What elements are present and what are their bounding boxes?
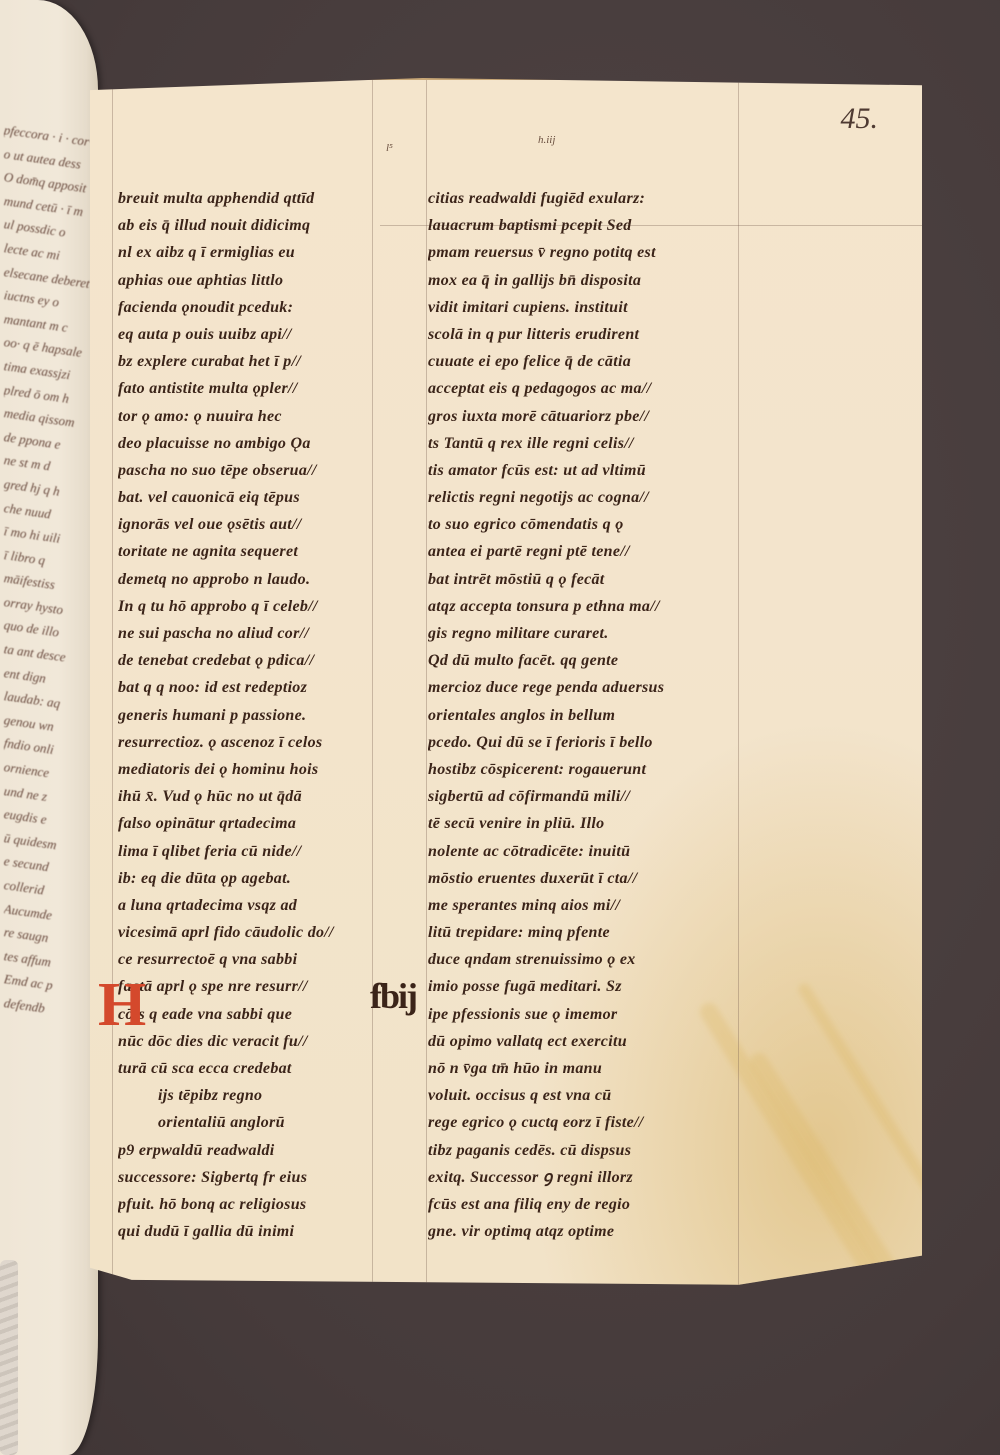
text-line: toritate ne agnita sequeret	[118, 538, 418, 565]
text-line: Qd dū multo facēt. qq gente	[428, 647, 768, 674]
text-line: scolā in q pur litteris erudirent	[428, 321, 768, 348]
text-column-right: citias readwaldi fugiēd exularz:lauacrum…	[428, 185, 768, 1245]
text-line: tor ǫ amo: ǫ nuuira hec	[118, 403, 418, 430]
text-line: dū opimo vallatq ect exercitu	[428, 1028, 768, 1055]
running-mark: h.iij	[538, 134, 555, 146]
text-line: aphias oue aphtias littlo	[118, 267, 418, 294]
text-line: bat. vel cauonicā eiq tēpus	[118, 484, 418, 511]
text-line: mox ea q̄ in gallijs bn̄ disposita	[428, 267, 768, 294]
text-line: facienda ǫnoudit pceduk:	[118, 294, 418, 321]
text-line: breuit multa apphendid qttīd	[118, 185, 418, 212]
text-line: nl ex aibz q ī ermiglias eu	[118, 239, 418, 266]
text-line: qui dudū ī gallia dū inimi	[118, 1218, 418, 1245]
text-column-left: breuit multa apphendid qttīdab eis q̄ il…	[118, 185, 418, 1245]
text-line: p9 erpwaldū readwaldi	[118, 1137, 418, 1164]
text-line: fcūs est ana filiq eny de regio	[428, 1191, 768, 1218]
text-line: voluit. occisus q est vna cū	[428, 1082, 768, 1109]
text-line: pascha no suo tēpe obserua//	[118, 457, 418, 484]
ruling-line	[426, 80, 427, 1292]
text-line: fato antistite multa ǫpler//	[118, 375, 418, 402]
text-line: ihū x̄. Vud ǫ hūc no ut q̄dā	[118, 783, 418, 810]
text-line: ib: eq die dūta ǫp agebat.	[118, 865, 418, 892]
margin-annotation: fbij	[370, 975, 416, 1017]
text-line: pfuit. hō bonq ac religiosus	[118, 1191, 418, 1218]
text-line: to suo egrico cōmendatis q ǫ	[428, 511, 768, 538]
text-line: deo placuisse no ambigo Ǫa	[118, 430, 418, 457]
text-line: nō n v̄ga tm̄ hūo in manu	[428, 1055, 768, 1082]
text-line: bat intrēt mōstiū q ǫ fecāt	[428, 566, 768, 593]
ruling-line	[112, 80, 113, 1292]
text-line: cuuate ei epo felice q̄ de cātia	[428, 348, 768, 375]
text-line: ne sui pascha no aliud cor//	[118, 620, 418, 647]
text-line: ipe pfessionis sue ǫ imemor	[428, 1001, 768, 1028]
text-line: exitq. Successor ꝯ regni illorz	[428, 1164, 768, 1191]
text-line: citias readwaldi fugiēd exularz:	[428, 185, 768, 212]
text-line: pcedo. Qui dū se ī ferioris ī bello	[428, 729, 768, 756]
text-line: In q tu hō approbo q ī celeb//	[118, 593, 418, 620]
text-line: orientales anglos in bellum	[428, 702, 768, 729]
text-line: a luna qrtadecima vsqz ad	[118, 892, 418, 919]
text-line: me sperantes minq aios mi//	[428, 892, 768, 919]
text-line: rege egrico ǫ cuctq eorz ī fiste//	[428, 1109, 768, 1136]
text-line: tibz paganis cedēs. cū dispsus	[428, 1137, 768, 1164]
text-line: mōstio eruentes duxerūt ī cta//	[428, 865, 768, 892]
text-line: imio posse fugā meditari. Sz	[428, 973, 768, 1000]
running-mark: l⁵	[386, 142, 393, 154]
text-line: turā cū sca ecca credebat	[118, 1055, 418, 1082]
folio-number: 45.	[841, 102, 879, 136]
text-line: duce qndam strenuissimo ǫ ex	[428, 946, 768, 973]
text-line: relictis regni negotijs ac cogna//	[428, 484, 768, 511]
text-line: ts Tantū q rex ille regni celis//	[428, 430, 768, 457]
text-line: vidit imitari cupiens. instituit	[428, 294, 768, 321]
text-line: orientaliū anglorū	[118, 1109, 418, 1136]
text-line: acceptat eis q pedagogos ac ma//	[428, 375, 768, 402]
text-line: atqz accepta tonsura p ethna ma//	[428, 593, 768, 620]
bookmark-string	[0, 1260, 18, 1455]
text-line: sigbertū ad cōfirmandū mili//	[428, 783, 768, 810]
text-line: gne. vir optimq atqz optime	[428, 1218, 768, 1245]
text-line: bz explere curabat het ī p//	[118, 348, 418, 375]
text-line: hostibz cōspicerent: rogauerunt	[428, 756, 768, 783]
text-line: eq auta p ouis uuibz api//	[118, 321, 418, 348]
text-line: ab eis q̄ illud nouit didicimq	[118, 212, 418, 239]
facing-page-left: pfeccora · i · cor·o ut autea dessO dom̄…	[0, 0, 98, 1455]
text-line: demetq no approbo n laudo.	[118, 566, 418, 593]
text-line: lima ī qlibet feria cū nide//	[118, 838, 418, 865]
text-line: de tenebat credebat ǫ pdica//	[118, 647, 418, 674]
text-line: antea ei partē regni ptē tene//	[428, 538, 768, 565]
text-line: gros iuxta morē cātuariorz pbe//	[428, 403, 768, 430]
text-line: resurrectioz. ǫ ascenoz ī celos	[118, 729, 418, 756]
facing-page-text: pfeccora · i · cor·o ut autea dessO dom̄…	[4, 118, 96, 1015]
text-line: nolente ac cōtradicēte: inuitū	[428, 838, 768, 865]
text-line: bat q q noo: id est redeptioz	[118, 674, 418, 701]
text-line: falso opinātur qrtadecima	[118, 810, 418, 837]
text-line: ce resurrectoē q vna sabbi	[118, 946, 418, 973]
text-line: mercioz duce rege penda aduersus	[428, 674, 768, 701]
text-line: tis amator fcūs est: ut ad vltimū	[428, 457, 768, 484]
manuscript-folio: 45. l⁵ h.iij breuit multa apphendid qttī…	[90, 78, 922, 1292]
text-line: litū trepidare: minq pfente	[428, 919, 768, 946]
text-line: ijs tēpibz regno	[118, 1082, 418, 1109]
rubricated-initial: H	[98, 975, 146, 1035]
text-line: nūc dōc dies dic veracit fu//	[118, 1028, 418, 1055]
text-line: vicesimā aprl fido cāudolic do//	[118, 919, 418, 946]
text-line: gis regno militare curaret.	[428, 620, 768, 647]
text-line: pmam reuersus v̄ regno potitq est	[428, 239, 768, 266]
text-line: mediatoris dei ǫ hominu hois	[118, 756, 418, 783]
text-line: successore: Sigbertq fr eius	[118, 1164, 418, 1191]
text-line: ignorās vel oue ǫsētis aut//	[118, 511, 418, 538]
text-line: lauacrum baptismi pcepit Sed	[428, 212, 768, 239]
text-line: tē secū venire in pliū. Illo	[428, 810, 768, 837]
text-line: generis humani p passione.	[118, 702, 418, 729]
